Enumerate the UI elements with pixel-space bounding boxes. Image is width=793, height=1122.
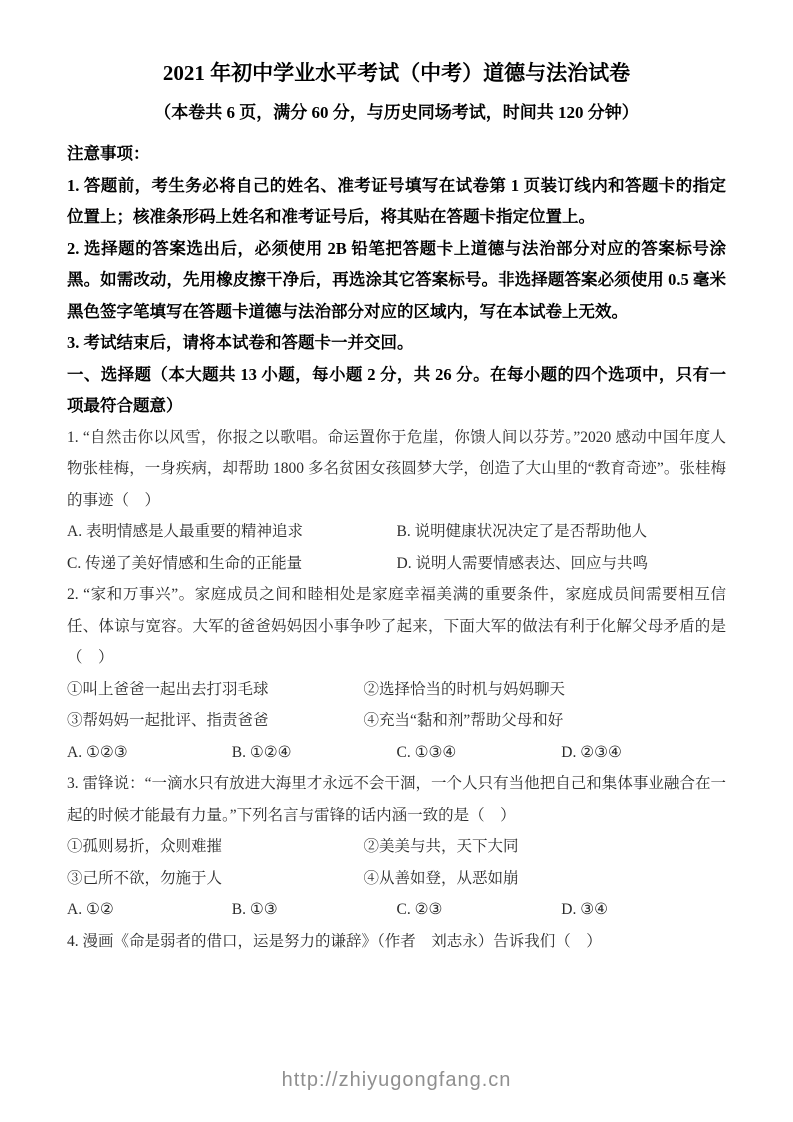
- notice-section: 注意事项： 1. 答题前，考生务必将自己的姓名、准考证号填写在试卷第 1 页装订…: [67, 138, 726, 359]
- choice-option-d: D. 说明人需要情感表达、回应与共鸣: [397, 548, 727, 580]
- question-stem: 1. “自然击你以风雪，你报之以歌唱。命运置你于危崖，你馈人间以芬芳。”2020…: [67, 422, 726, 517]
- subitem-2: ②美美与共，天下大同: [364, 831, 726, 863]
- exam-page: 2021 年初中学业水平考试（中考）道德与法治试卷 （本卷共 6 页，满分 60…: [0, 0, 793, 1122]
- question-1: 1. “自然击你以风雪，你报之以歌唱。命运置你于危崖，你馈人间以芬芳。”2020…: [67, 422, 726, 580]
- choice-option-a: A. ①②③: [67, 737, 232, 769]
- watermark-url: http://zhiyugongfang.cn: [0, 1069, 793, 1092]
- question-3: 3. 雷锋说：“一滴水只有放进大海里才永远不会干涸，一个人只有当他把自己和集体事…: [67, 768, 726, 926]
- choice-option-c: C. ②③: [397, 894, 562, 926]
- subitem-row: ①叫上爸爸一起出去打羽毛球 ②选择恰当的时机与妈妈聊天 ③帮妈妈一起批评、指责爸…: [67, 674, 726, 737]
- subitem-1: ①孤则易折，众则难摧: [67, 831, 364, 863]
- choice-option-b: B. 说明健康状况决定了是否帮助他人: [397, 516, 727, 548]
- question-stem: 2. “家和万事兴”。家庭成员之间和睦相处是家庭幸福美满的重要条件，家庭成员间需…: [67, 579, 726, 674]
- choice-option-a: A. ①②: [67, 894, 232, 926]
- choice-row: A. ①②③ B. ①②④ C. ①③④ D. ②③④: [67, 737, 726, 769]
- choice-row: A. ①② B. ①③ C. ②③ D. ③④: [67, 894, 726, 926]
- choice-option-a: A. 表明情感是人最重要的精神追求: [67, 516, 397, 548]
- notice-item-3: 3. 考试结束后，请将本试卷和答题卡一并交回。: [67, 327, 726, 359]
- section-heading: 一、选择题（本大题共 13 小题，每小题 2 分，共 26 分。在每小题的四个选…: [67, 359, 726, 422]
- subitem-row: ①孤则易折，众则难摧 ②美美与共，天下大同 ③己所不欲，勿施于人 ④从善如登，从…: [67, 831, 726, 894]
- subitem-1: ①叫上爸爸一起出去打羽毛球: [67, 674, 364, 706]
- choice-option-b: B. ①③: [232, 894, 397, 926]
- choice-option-c: C. ①③④: [397, 737, 562, 769]
- question-stem: 3. 雷锋说：“一滴水只有放进大海里才永远不会干涸，一个人只有当他把自己和集体事…: [67, 768, 726, 831]
- question-stem: 4. 漫画《命是弱者的借口，运是努力的谦辞》（作者 刘志永）告诉我们（ ）: [67, 926, 726, 958]
- question-2: 2. “家和万事兴”。家庭成员之间和睦相处是家庭幸福美满的重要条件，家庭成员间需…: [67, 579, 726, 768]
- exam-title: 2021 年初中学业水平考试（中考）道德与法治试卷: [67, 60, 726, 86]
- choice-option-d: D. ②③④: [561, 737, 726, 769]
- subitem-2: ②选择恰当的时机与妈妈聊天: [364, 674, 726, 706]
- choice-option-c: C. 传递了美好情感和生命的正能量: [67, 548, 397, 580]
- notice-item-1: 1. 答题前，考生务必将自己的姓名、准考证号填写在试卷第 1 页装订线内和答题卡…: [67, 170, 726, 233]
- choice-option-b: B. ①②④: [232, 737, 397, 769]
- notice-heading: 注意事项：: [67, 138, 726, 170]
- choice-option-d: D. ③④: [561, 894, 726, 926]
- subitem-3: ③帮妈妈一起批评、指责爸爸: [67, 705, 364, 737]
- subitem-4: ④从善如登，从恶如崩: [364, 863, 726, 895]
- subitem-3: ③己所不欲，勿施于人: [67, 863, 364, 895]
- exam-subtitle: （本卷共 6 页，满分 60 分，与历史同场考试，时间共 120 分钟）: [67, 102, 726, 124]
- notice-item-2: 2. 选择题的答案选出后，必须使用 2B 铅笔把答题卡上道德与法治部分对应的答案…: [67, 233, 726, 328]
- subitem-4: ④充当“黏和剂”帮助父母和好: [364, 705, 726, 737]
- choice-row: A. 表明情感是人最重要的精神追求 B. 说明健康状况决定了是否帮助他人 C. …: [67, 516, 726, 579]
- question-4: 4. 漫画《命是弱者的借口，运是努力的谦辞》（作者 刘志永）告诉我们（ ）: [67, 926, 726, 958]
